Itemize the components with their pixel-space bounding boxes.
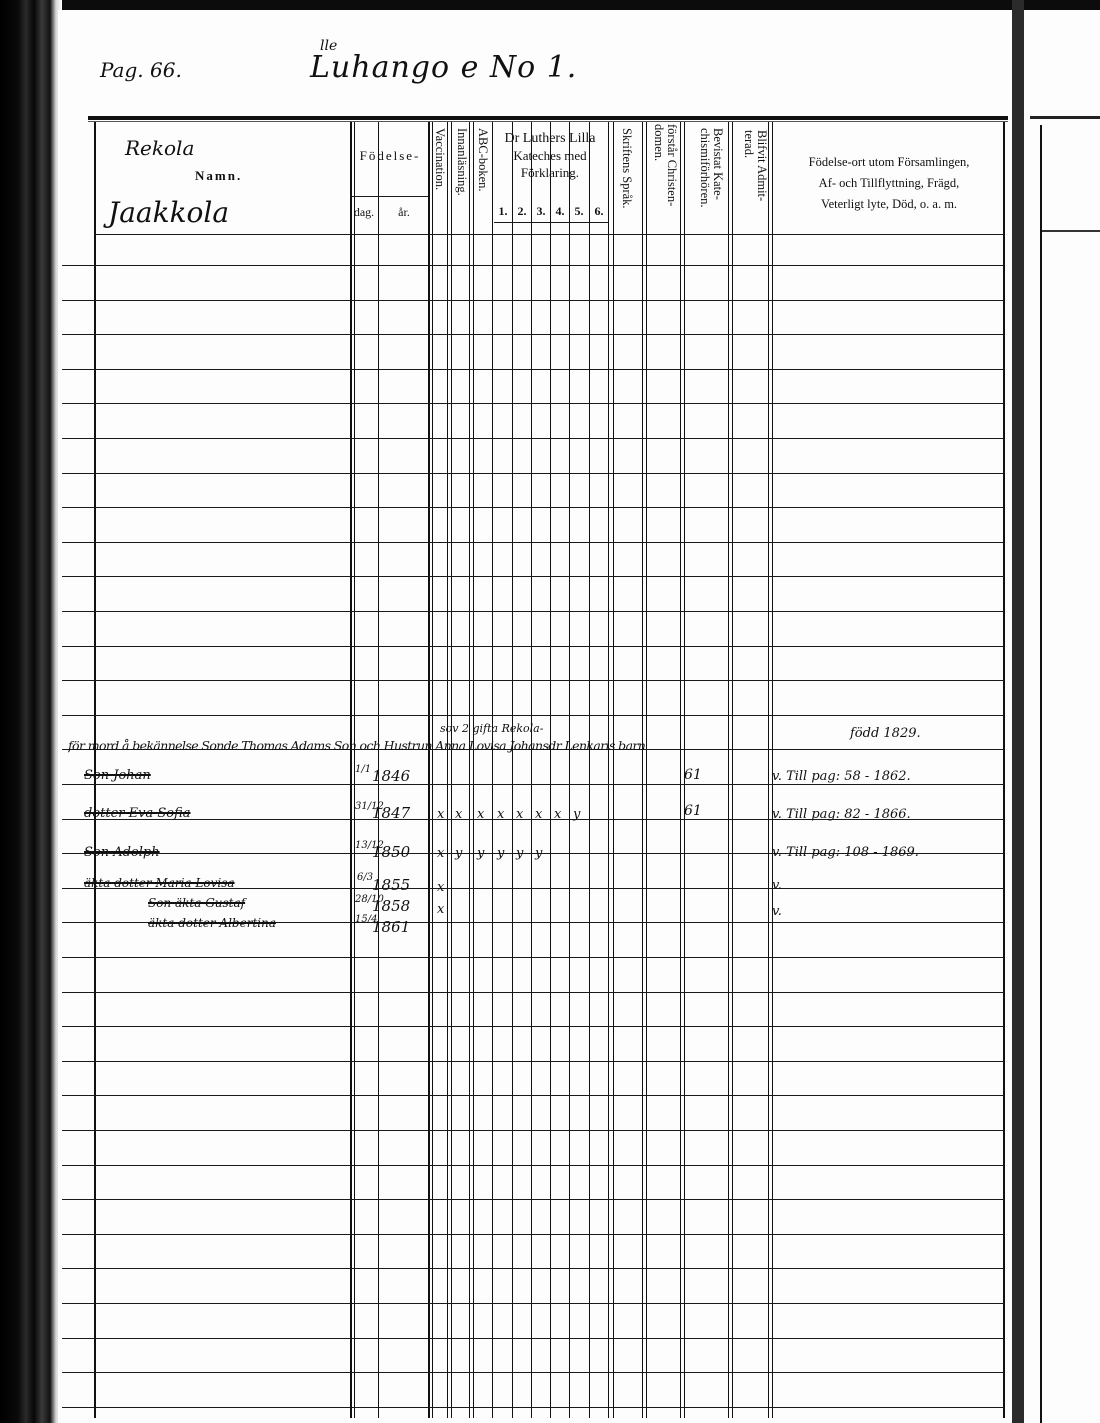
row-line	[62, 1095, 1004, 1096]
check-mark: x	[554, 807, 561, 822]
top-rule-thin	[88, 121, 1008, 122]
column-line	[608, 122, 609, 1418]
check-mark: x	[455, 807, 462, 822]
entry-name-1: Son Johan	[84, 768, 151, 783]
column-line	[768, 122, 769, 1418]
skriftens-sprak-header: Skriftens Språk.	[620, 128, 633, 233]
row-line	[62, 369, 1004, 370]
luther-line1: Dr Luthers Lilla	[494, 130, 606, 147]
row-line	[62, 403, 1004, 404]
household-head: för mord å bekännelse Sonde Thomas Adams…	[68, 738, 968, 753]
row-line	[62, 1372, 1004, 1373]
entry-remark-1: v. Till pag: 58 - 1862.	[772, 769, 911, 784]
parish-title: Luhango e No 1.	[310, 50, 577, 85]
column-line	[732, 122, 733, 1418]
row-line	[62, 680, 1004, 681]
column-line	[531, 122, 532, 1418]
entry-name-3: Son Adolph	[84, 845, 160, 860]
book-binding	[0, 0, 62, 1423]
entry-remark-4: v.	[772, 878, 782, 893]
entry-remark-3: v. Till pag: 108 - 1869.	[772, 845, 919, 860]
namn-header: Namn.	[195, 168, 242, 184]
row-line	[62, 1268, 1004, 1269]
row-line	[62, 957, 1004, 958]
column-line	[646, 122, 647, 1418]
column-line	[569, 122, 570, 1418]
row-line	[62, 334, 1004, 335]
entry-year-1: 1846	[372, 767, 410, 785]
abc-boken-header: ABC-boken.	[476, 128, 489, 228]
row-line	[62, 438, 1004, 439]
row-line	[494, 222, 608, 223]
check-mark: y	[535, 846, 542, 861]
row-line	[62, 1199, 1004, 1200]
column-line	[613, 122, 614, 1418]
blifvit-header: Blifvit Admit-terad.	[738, 130, 768, 210]
row-line	[62, 715, 1004, 716]
remarks-line3: Veterligt lyte, Död, o. a. m.	[776, 194, 1002, 215]
column-line	[680, 122, 681, 1418]
check-mark: y	[477, 846, 484, 861]
column-line	[642, 122, 643, 1418]
annotation-above: sov 2 gifta Rekola-	[440, 722, 543, 735]
entry-year-4: 1855	[372, 876, 410, 894]
column-line	[1003, 122, 1005, 1418]
fodelse-header: Födelse-	[352, 148, 428, 164]
check-mark: y	[497, 846, 504, 861]
row-line	[62, 1407, 1004, 1408]
luther-line3: Förklaring.	[494, 164, 606, 181]
row-line	[62, 265, 1004, 266]
entry-bevistat-1: 61	[684, 767, 702, 783]
ar-header: år.	[380, 205, 428, 220]
row-line	[62, 611, 1004, 612]
forstar-header: förstår Christen-domen.	[648, 124, 678, 232]
homestead-name: Jaakkola	[108, 196, 229, 229]
check-mark: x	[497, 807, 504, 822]
row-line	[62, 646, 1004, 647]
luther-col-5: 5.	[570, 204, 588, 219]
check-mark: x	[516, 807, 523, 822]
entry-day-1: 1/1	[355, 764, 371, 775]
entry-name-4: äkta dotter Maria Lovisa	[84, 876, 235, 890]
luther-col-3: 3.	[532, 204, 550, 219]
row-line	[62, 992, 1004, 993]
row-line	[62, 1130, 1004, 1131]
check-mark: x	[437, 846, 444, 861]
entry-year-2: 1847	[372, 804, 410, 822]
next-page-edge	[1024, 10, 1100, 1423]
column-line	[350, 122, 352, 1418]
check-mark: x	[477, 807, 484, 822]
remarks-header: Födelse-ort utom Församlingen, Af- och T…	[776, 152, 1002, 215]
entry-remark-5: v.	[772, 904, 782, 919]
column-line	[728, 122, 729, 1418]
luther-col-4: 4.	[551, 204, 569, 219]
column-line	[469, 122, 470, 1418]
check-mark: x	[437, 880, 444, 895]
column-line	[451, 122, 452, 1418]
column-line	[428, 122, 430, 1418]
village-name: Rekola	[125, 136, 194, 160]
entry-year-6: 1861	[372, 918, 410, 936]
remarks-line1: Födelse-ort utom Församlingen,	[776, 152, 1002, 173]
check-mark: y	[516, 846, 523, 861]
row-line	[62, 1303, 1004, 1304]
row-line	[350, 196, 428, 197]
row-line	[62, 1026, 1004, 1027]
check-mark: y	[573, 807, 580, 822]
column-line	[512, 122, 513, 1418]
bevistat-header: Bevistat Kate-chismiförhören.	[694, 128, 724, 236]
remarks-line2: Af- och Tillflyttning, Frägd,	[776, 173, 1002, 194]
entry-name-6: äkta dotter Albertina	[148, 916, 276, 930]
column-line	[492, 122, 493, 1418]
column-line	[473, 122, 474, 1418]
column-line	[447, 122, 448, 1418]
check-mark: x	[437, 807, 444, 822]
check-mark: y	[455, 846, 462, 861]
check-mark: x	[437, 902, 444, 917]
row-line	[62, 1061, 1004, 1062]
entry-name-5: Son äkta Gustaf	[148, 896, 245, 910]
luther-col-6: 6.	[590, 204, 608, 219]
dag-header: dag.	[350, 205, 378, 220]
column-line	[550, 122, 551, 1418]
row-line	[62, 1165, 1004, 1166]
entry-remark-2: v. Till pag: 82 - 1866.	[772, 807, 911, 822]
entry-year-3: 1850	[372, 843, 410, 861]
row-line	[94, 234, 1004, 235]
column-line	[589, 122, 590, 1418]
entry-day-4: 6/3	[357, 872, 373, 883]
row-line	[62, 542, 1004, 543]
innanlasning-header: Innanläsning.	[455, 128, 468, 233]
luther-col-1: 1.	[494, 204, 512, 219]
book-gutter	[1012, 0, 1024, 1423]
luther-col-2: 2.	[513, 204, 531, 219]
row-line	[62, 1234, 1004, 1235]
check-mark: x	[535, 807, 542, 822]
row-line	[62, 473, 1004, 474]
row-line	[62, 576, 1004, 577]
row-line	[62, 507, 1004, 508]
page-reference: Pag. 66.	[100, 58, 182, 82]
luther-line2: Kateches med	[494, 147, 606, 164]
entry-year-5: 1858	[372, 897, 410, 915]
entry-bevistat-2: 61	[684, 803, 702, 819]
top-rule	[88, 116, 1008, 120]
luther-header: Dr Luthers Lilla Kateches med Förklaring…	[494, 130, 606, 181]
entry-name-2: dotter Eva Sofia	[84, 806, 191, 821]
row-line	[62, 300, 1004, 301]
row-line	[62, 784, 1004, 785]
row-line	[62, 1338, 1004, 1339]
column-line	[432, 122, 433, 1418]
vaccination-header: Vaccination.	[433, 128, 446, 233]
